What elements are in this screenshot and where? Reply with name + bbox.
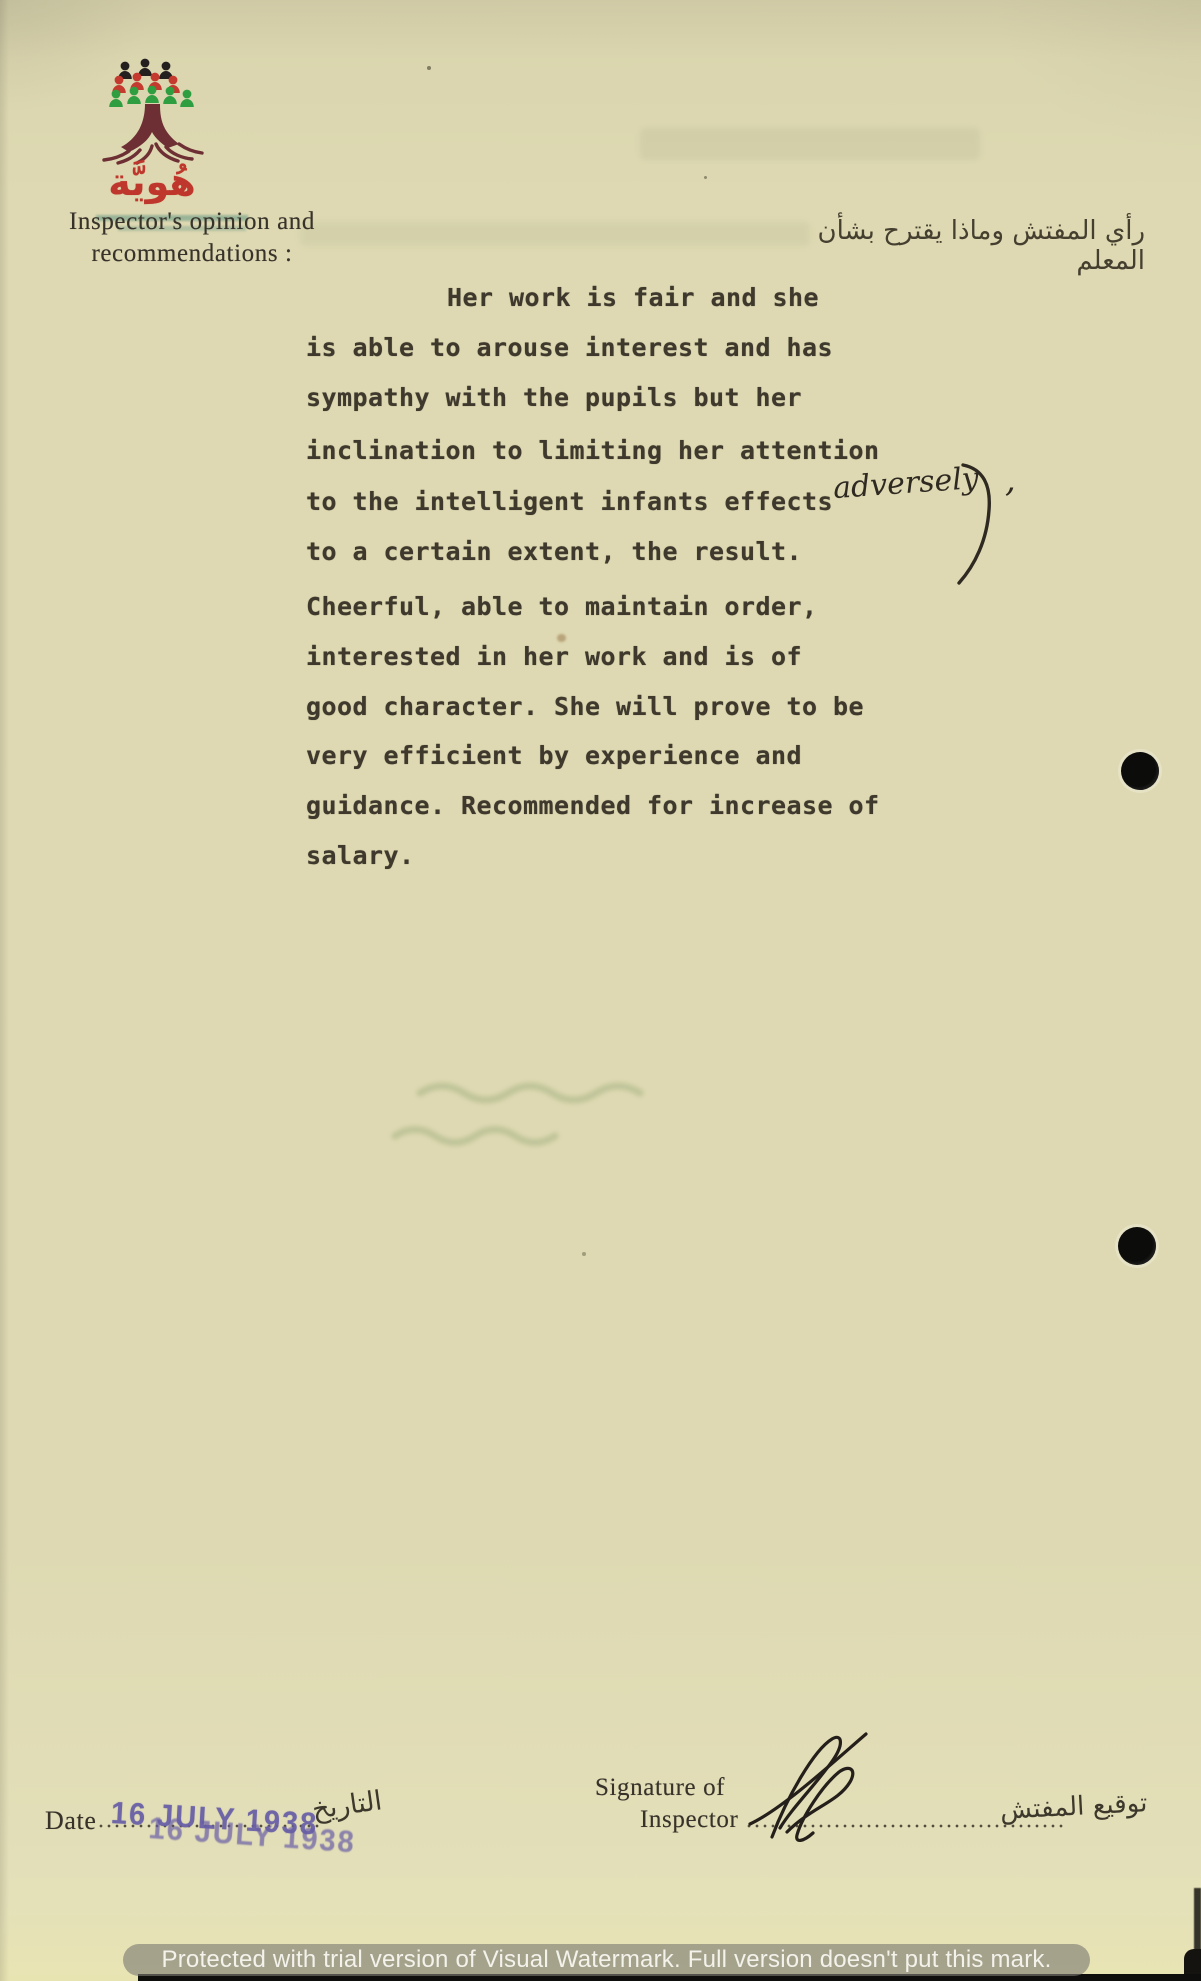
typed-line: to a certain extent, the result. (306, 537, 802, 566)
typed-line: sympathy with the pupils but her (306, 383, 802, 412)
typed-line: is able to arouse interest and has (306, 333, 833, 362)
signature-label-arabic: توقيع المفتش (999, 1788, 1148, 1826)
paper-stain (557, 634, 566, 642)
paper-speck (704, 176, 707, 179)
paper-speck (582, 1252, 586, 1256)
typed-line: Her work is fair and she (447, 283, 819, 312)
handwritten-pen-tail (945, 455, 1007, 600)
typed-line: salary. (306, 841, 415, 870)
logo-arabic-calligraphy: هُويَّة (82, 160, 222, 204)
typed-line: Cheerful, able to maintain order, (306, 592, 818, 621)
inspector-opinion-label-arabic: رأي المفتش وماذا يقترح بشأن المعلم (760, 216, 1145, 276)
typed-line: very efficient by experience and (306, 741, 802, 770)
signature-label-line1: Signature of (595, 1774, 725, 1802)
punch-hole (1118, 1227, 1156, 1265)
date-label-arabic: التاريخ (310, 1785, 384, 1825)
date-label: Date (45, 1806, 96, 1836)
typed-line: interested in her work and is of (306, 642, 802, 671)
signature-label-line2: Inspector (640, 1806, 738, 1834)
handwritten-comma: , (1005, 460, 1016, 500)
paper-speck (427, 66, 431, 70)
punch-hole (1121, 752, 1159, 790)
typed-line: inclination to limiting her attention (306, 436, 880, 465)
showthrough-ghost-script (380, 1068, 680, 1168)
visual-watermark-banner: Protected with trial version of Visual W… (123, 1944, 1090, 1976)
logo-tree-trunk (104, 104, 202, 163)
inspector-opinion-label: Inspector's opinion and recommendations … (42, 206, 342, 270)
showthrough-ghost-text (300, 222, 810, 246)
logo-people-black (118, 59, 173, 79)
showthrough-ghost-text (640, 128, 980, 160)
typed-line: to the intelligent infants effects (306, 487, 833, 516)
inspector-opinion-label-line1: Inspector's opinion and (42, 206, 342, 238)
scanned-inspection-report-page: هُويَّة Inspector's opinion and recommen… (0, 0, 1201, 1981)
inspector-signature (742, 1722, 877, 1847)
typed-line: guidance. Recommended for increase of (306, 791, 880, 820)
inspector-opinion-label-line2: recommendations : (42, 238, 342, 270)
typed-line: good character. She will prove to be (306, 692, 864, 721)
